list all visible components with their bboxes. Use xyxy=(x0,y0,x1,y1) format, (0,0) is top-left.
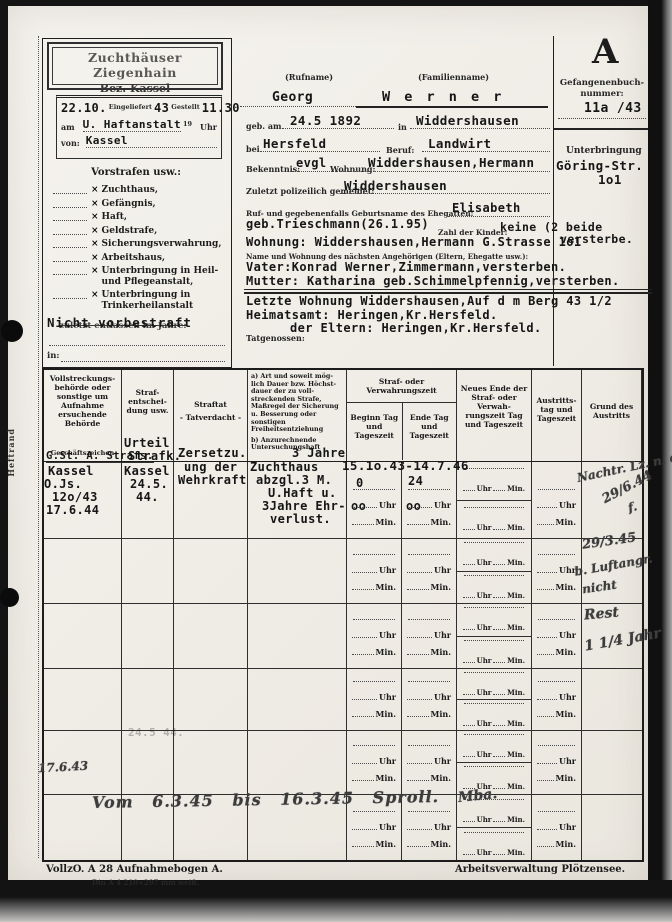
bei-label: bei xyxy=(246,144,260,154)
accomplices-label: Tatgenossen: xyxy=(246,333,305,343)
dotted-rule xyxy=(49,345,225,346)
am-label: am xyxy=(61,122,75,132)
table-row-2: UhrMin.UhrMin.UhrMin.UhrMin.UhrMin. xyxy=(44,539,642,604)
form-letter-a: A xyxy=(592,32,618,72)
cell-r6-c3 xyxy=(174,795,248,860)
dotted-rule xyxy=(292,171,550,172)
cell-r5-c2 xyxy=(122,731,174,794)
delivery-from-1: U. Haftanstalt xyxy=(83,118,181,132)
cell-r1-c7: UhrMin.UhrMin. xyxy=(457,462,532,538)
cell-r2-c5: UhrMin. xyxy=(347,539,402,603)
table-row-4: UhrMin.UhrMin.UhrMin.UhrMin.UhrMin. xyxy=(44,669,642,731)
unterbringung-label: Unterbringung xyxy=(566,146,642,156)
spouse-birth-name: geb.Trieschmann(26.1.95) xyxy=(246,217,429,231)
dotted-rule xyxy=(240,106,356,107)
stamp-line2: Bez. Kassel xyxy=(49,82,221,95)
corner-divider xyxy=(553,128,648,130)
delivery-time: 11.30 xyxy=(202,101,240,115)
in-label-2: in xyxy=(398,122,407,132)
vorstrafen-label: Haft, xyxy=(102,212,222,223)
vorstrafen-label: Unterbringung in Heil- und Pflegeanstalt… xyxy=(102,266,222,287)
spouse-name: Elisabeth xyxy=(452,201,521,215)
table-body: UhrMin.UhrMin.UhrMin.UhrMin.UhrMin.UhrMi… xyxy=(44,462,642,860)
dotted-rule xyxy=(410,128,550,129)
table-header: Vollstreckungs- behörde oder sonstige um… xyxy=(44,370,642,462)
vorstrafen-item: ×Haft, xyxy=(53,212,227,223)
delivery-row-2: am U. Haftanstalt 19 Uhr xyxy=(61,118,217,132)
gestellt-label: Gestellt xyxy=(171,103,199,111)
cell-r6-c7: UhrMin.UhrMin. xyxy=(457,795,532,860)
name-underline xyxy=(356,106,548,108)
cell-r4-c7: UhrMin.UhrMin. xyxy=(457,669,532,730)
delivery-row-1: 22.10. Eingeliefert 43 Gestellt 11.30 xyxy=(61,101,217,115)
near-town: Hersfeld xyxy=(263,136,326,151)
left-info-box: Zuchthäuser Ziegenhain Bez. Kassel 22.10… xyxy=(42,38,232,368)
x-mark: × xyxy=(91,290,99,300)
x-mark: × xyxy=(91,239,99,249)
delivery-row-3: von: Kassel xyxy=(61,134,217,148)
year19-label: 19 xyxy=(183,120,192,128)
cell-r3-c3 xyxy=(174,604,248,668)
last-residence: Letzte Wohnung Widdershausen,Auf d m Ber… xyxy=(246,294,612,308)
vorstrafen-label: Geldstrafe, xyxy=(102,226,222,237)
footer-paper-spec: Din A 4 210×297 mm weiß. xyxy=(92,878,199,887)
home-office: Heimatsamt: Heringen,Kr.Hersfeld. xyxy=(246,308,498,322)
record-table: Vollstreckungs- behörde oder sonstige um… xyxy=(42,368,644,862)
cell-r6-c9 xyxy=(582,795,642,860)
cell-r1-c9 xyxy=(582,462,642,538)
cell-r6-c2 xyxy=(122,795,174,860)
cell-r4-c6: UhrMin. xyxy=(402,669,457,730)
cell-r3-c5: UhrMin. xyxy=(347,604,402,668)
header-authority-text: Vollstreckungs- behörde oder sonstige um… xyxy=(46,374,119,428)
dotted-rule xyxy=(282,128,394,129)
cell-r4-c8: UhrMin. xyxy=(532,669,582,730)
header-end: Ende Tag und Tageszeit xyxy=(402,403,457,460)
father-line: Vater:Konrad Werner,Zimmermann,versterbe… xyxy=(246,260,566,274)
margin-rule xyxy=(38,36,39,858)
cell-r1-c5: UhrMin. xyxy=(347,462,402,538)
cell-r5-c5: UhrMin. xyxy=(347,731,402,794)
cell-r4-c3 xyxy=(174,669,248,730)
vorstrafen-item: ×Geldstrafe, xyxy=(53,226,227,237)
first-name: Georg xyxy=(272,90,313,105)
cell-r2-c6: UhrMin. xyxy=(402,539,457,603)
vorstrafen-item: ×Unterbringung in Trinkerheilanstalt xyxy=(53,290,227,311)
header-file-ref: Geschäftszeichen xyxy=(44,449,121,458)
vorstrafen-item: ×Gefängnis, xyxy=(53,199,227,210)
x-mark: × xyxy=(91,266,99,276)
vorstrafen-label: Sicherungsverwahrung, xyxy=(102,239,222,250)
right-column-divider xyxy=(553,36,554,366)
cell-r5-c8: UhrMin. xyxy=(532,731,582,794)
x-mark: × xyxy=(91,185,99,195)
von-label: von: xyxy=(61,138,80,148)
cell-r4-c1 xyxy=(44,669,122,730)
vorstrafen-item: ×Arbeitshaus, xyxy=(53,253,227,264)
cell-r5-c3 xyxy=(174,731,248,794)
mother-line: Mutter: Katharina geb.Schimmelpfennig,ve… xyxy=(246,274,620,288)
cell-r1-c1 xyxy=(44,462,122,538)
cell-r2-c2 xyxy=(122,539,174,603)
header-exit-day: Austritts- tag und Tageszeit xyxy=(532,370,582,461)
heftrand-label: Heftrand xyxy=(6,428,16,477)
cell-r4-c4 xyxy=(248,669,347,730)
vorstrafen-item: ×Zuchthaus, xyxy=(53,185,227,196)
cell-r3-c2 xyxy=(122,604,174,668)
occupation: Landwirt xyxy=(428,136,491,151)
header-sentence-b: b) Anzurechnende Untersuchungshaft xyxy=(251,437,343,452)
cell-r3-c9 xyxy=(582,604,642,668)
residence: Widdershausen,Hermann xyxy=(368,155,534,170)
header-begin: Beginn Tag und Tageszeit xyxy=(347,403,402,460)
not-previously-convicted: Nicht vorbestraft xyxy=(47,315,192,330)
cell-r3-c8: UhrMin. xyxy=(532,604,582,668)
header-exit-reason: Grund des Austritts xyxy=(582,370,642,461)
cell-r2-c3 xyxy=(174,539,248,603)
cell-r6-c1 xyxy=(44,795,122,860)
cell-r1-c6: UhrMin. xyxy=(402,462,457,538)
delivery-box: 22.10. Eingeliefert 43 Gestellt 11.30 am… xyxy=(56,95,222,159)
cell-r4-c2 xyxy=(122,669,174,730)
header-offence-l2: - Tatverdacht - xyxy=(176,413,245,422)
vorstrafen-item: ×Unterbringung in Heil- und Pflegeanstal… xyxy=(53,266,227,287)
cell-r6-c6: UhrMin. xyxy=(402,795,457,860)
header-sentence-a: a) Art und soweit mög- lich Dauer bzw. H… xyxy=(251,373,343,434)
cell-r1-c2 xyxy=(122,462,174,538)
cell-r1-c3 xyxy=(174,462,248,538)
scanned-intake-form: { "frame": { "heftrand": "Heftrand" }, "… xyxy=(0,0,672,922)
cell-r3-c7: UhrMin.UhrMin. xyxy=(457,604,532,668)
book-number-label-2: nummer: xyxy=(556,89,648,99)
header-sentence: a) Art und soweit mög- lich Dauer bzw. H… xyxy=(248,370,347,461)
vorstrafen-label: Zuchthaus, xyxy=(102,185,222,196)
beruf-label: Beruf: xyxy=(386,145,414,155)
cell-r6-c8: UhrMin. xyxy=(532,795,582,860)
dotted-rule xyxy=(558,118,646,119)
header-new-end: Neues Ende der Straf- oder Verwah- rungs… xyxy=(457,370,532,461)
table-row-1: UhrMin.UhrMin.UhrMin.UhrMin.UhrMin. xyxy=(44,462,642,539)
vorstrafen-item: ×Sicherungsverwahrung, xyxy=(53,239,227,250)
vorstrafen-title: Vorstrafen usw.: xyxy=(43,167,229,178)
punch-hole-top xyxy=(1,320,23,342)
delivery-year: 43 xyxy=(154,101,169,115)
cell-r5-c4 xyxy=(248,731,347,794)
cell-r1-c4 xyxy=(248,462,347,538)
religion: evgl xyxy=(296,156,327,170)
uhr-label: Uhr xyxy=(200,122,217,132)
x-mark: × xyxy=(91,212,99,222)
dotted-rule xyxy=(448,216,550,217)
book-number: 11a /43 xyxy=(584,101,642,116)
registered-place: Widdershausen xyxy=(344,178,447,193)
delivery-date: 22.10. xyxy=(61,101,107,115)
stamp-line1: Zuchthäuser Ziegenhain xyxy=(49,50,221,80)
double-rule-1 xyxy=(244,289,652,290)
cell-r5-c9 xyxy=(582,731,642,794)
cell-r6-c5: UhrMin. xyxy=(347,795,402,860)
header-authority: Vollstreckungs- behörde oder sonstige um… xyxy=(44,370,122,461)
cell-r3-c1 xyxy=(44,604,122,668)
book-number-label-1: Gefangenenbuch- xyxy=(556,78,648,88)
cell-r2-c7: UhrMin.UhrMin. xyxy=(457,539,532,603)
birth-date: 24.5 1892 xyxy=(290,113,361,128)
parents-place: der Eltern: Heringen,Kr.Hersfeld. xyxy=(290,321,542,335)
vorstrafen-label: Unterbringung in Trinkerheilanstalt xyxy=(102,290,222,311)
cell-r1-c8: UhrMin. xyxy=(532,462,582,538)
dotted-rule xyxy=(61,361,225,362)
x-mark: × xyxy=(91,253,99,263)
birth-place: Widdershausen xyxy=(416,113,519,128)
cell-r2-c9 xyxy=(582,539,642,603)
vorstrafen-label: Gefängnis, xyxy=(102,199,222,210)
family-name: W e r n e r xyxy=(382,89,504,105)
header-decision: Straf- entschei- dung usw. xyxy=(122,370,174,461)
vorstrafen-label: Arbeitshaus, xyxy=(102,253,222,264)
x-mark: × xyxy=(91,199,99,209)
footer-form-id: VollzO. A 28 Aufnahmebogen A. xyxy=(46,864,223,875)
bekenntnis-label: Bekenntnis: xyxy=(246,164,300,174)
dotted-rule xyxy=(340,193,550,194)
vorstrafen-list: ×Zuchthaus, ×Gefängnis, ×Haft, ×Geldstra… xyxy=(53,185,227,314)
cell-r4-c5: UhrMin. xyxy=(347,669,402,730)
header-offence: Straftat - Tatverdacht - xyxy=(174,370,248,461)
rufname-label: (Rufname) xyxy=(285,72,333,82)
cell-r5-c1 xyxy=(44,731,122,794)
header-custody-title: Straf- oder Verwahrungszeit xyxy=(347,370,456,403)
in-label: in: xyxy=(47,351,60,361)
unterbringung-street: Göring-Str. xyxy=(556,158,643,173)
scan-edge-right xyxy=(648,0,672,922)
dotted-rule xyxy=(422,151,550,152)
cell-r3-c6: UhrMin. xyxy=(402,604,457,668)
cell-r6-c4 xyxy=(248,795,347,860)
cell-r3-c4 xyxy=(248,604,347,668)
unterbringung-house: 1o1 xyxy=(598,172,622,187)
table-row-3: UhrMin.UhrMin.UhrMin.UhrMin.UhrMin. xyxy=(44,604,642,669)
dotted-rule xyxy=(260,151,380,152)
cell-r4-c9 xyxy=(582,669,642,730)
eingeliefert-label: Eingeliefert xyxy=(109,103,152,111)
geb-am-label: geb. am xyxy=(246,121,282,131)
familienname-label: (Familienname) xyxy=(418,72,489,82)
cell-r5-c6: UhrMin. xyxy=(402,731,457,794)
cell-r5-c7: UhrMin.UhrMin. xyxy=(457,731,532,794)
cell-r2-c4 xyxy=(248,539,347,603)
footer-administration: Arbeitsverwaltung Plötzensee. xyxy=(455,864,625,875)
table-row-5: UhrMin.UhrMin.UhrMin.UhrMin.UhrMin. xyxy=(44,731,642,795)
x-mark: × xyxy=(91,226,99,236)
header-offence-l1: Straftat xyxy=(176,400,245,409)
residence-2: Wohnung: Widdershausen,Hermann G.Strasse… xyxy=(246,235,581,249)
cell-r2-c8: UhrMin. xyxy=(532,539,582,603)
institution-stamp: Zuchthäuser Ziegenhain Bez. Kassel xyxy=(47,42,223,90)
delivery-from-2: Kassel xyxy=(86,134,217,148)
table-row-6: UhrMin.UhrMin.UhrMin.UhrMin.UhrMin. xyxy=(44,795,642,860)
header-custody-period: Straf- oder Verwahrungszeit Beginn Tag u… xyxy=(347,370,457,461)
punch-hole-bottom xyxy=(0,588,19,607)
cell-r2-c1 xyxy=(44,539,122,603)
